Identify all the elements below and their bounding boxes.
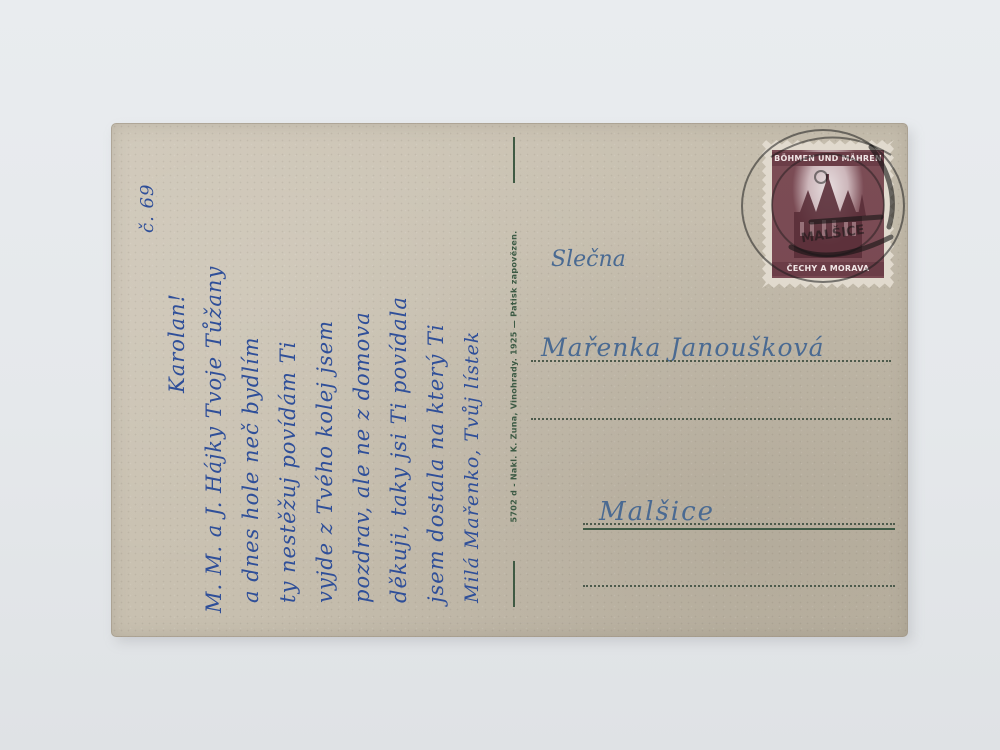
address-line-4 [583, 585, 895, 587]
message-line: Karolan! [165, 293, 189, 393]
address-name: Mařenka Janoušková [541, 333, 825, 362]
message-line: a dnes hole neč bydlím [239, 336, 263, 603]
address-town-underline [583, 528, 895, 530]
message-line: M. M. a J. Hájky Tvoje Tůžany [202, 266, 226, 613]
message-line: jsem dostala na který Ti [424, 323, 448, 603]
cancellation-marks [751, 127, 908, 277]
address-salutation: Slečna [551, 247, 626, 272]
message-line: Milá Mařenko, Tvůj lístek [461, 331, 483, 603]
message-line: děkuji, taky jsi Ti povídala [387, 296, 411, 603]
handwritten-message: Milá Mařenko, Tvůj lístek jsem dostala n… [121, 133, 501, 623]
address-line-3 [583, 523, 895, 525]
message-signature-number: č. 69 [137, 184, 158, 233]
message-line: vyjde z Tvého kolej jsem [313, 320, 337, 603]
address-line-2 [531, 418, 891, 420]
message-line: pozdrav, ale ne z domova [350, 311, 374, 603]
divider-line-top [513, 137, 515, 183]
message-line: ty nestěžuj povídám Ti [276, 341, 300, 603]
imprint-text: 5702 d - Nakl. K. Zuna, Vinohrady. 1925 … [510, 231, 519, 523]
divider-line-bottom [513, 561, 515, 607]
address-line-1 [531, 360, 891, 362]
postcard: Milá Mařenko, Tvůj lístek jsem dostala n… [111, 123, 908, 637]
